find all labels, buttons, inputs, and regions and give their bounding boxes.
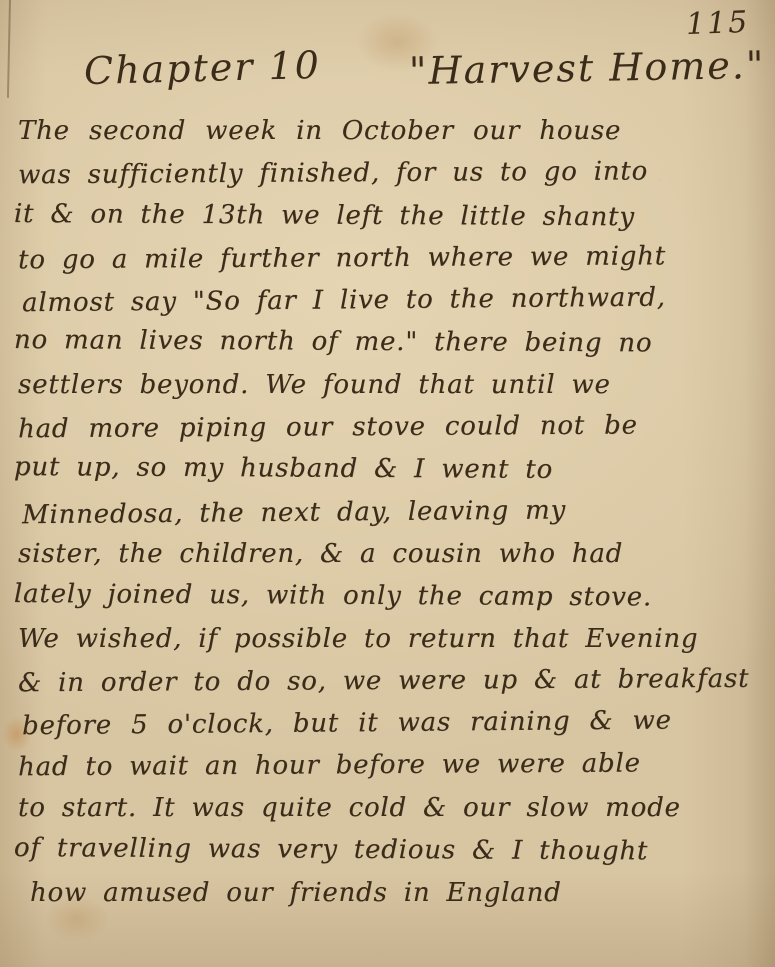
manuscript-line: had more piping our stove could not be	[0, 398, 775, 445]
manuscript-line: settlers beyond. We found that until we	[0, 358, 775, 400]
manuscript-line: it & on the 13th we left the little shan…	[0, 187, 775, 233]
chapter-label: Chapter 10	[83, 43, 321, 93]
manuscript-line: to start. It was quite cold & our slow m…	[0, 781, 775, 823]
chapter-title: "Harvest Home."	[409, 43, 766, 93]
manuscript-line: We wished, if possible to return that Ev…	[0, 612, 775, 654]
manuscript-line: was sufficiently finished, for us to go …	[0, 144, 775, 191]
manuscript-line: sister, the children, & a cousin who had	[0, 527, 775, 569]
manuscript-line: had to wait an hour before we were able	[0, 736, 775, 783]
manuscript-line: almost say "So far I live to the northwa…	[0, 270, 775, 319]
manuscript-line: no man lives north of me." there being n…	[0, 313, 775, 359]
page-number: 115	[685, 5, 749, 42]
manuscript-page: 115 Chapter 10 "Harvest Home." The secon…	[0, 0, 775, 967]
manuscript-line: to go a mile further north where we migh…	[0, 229, 775, 276]
manuscript-line: & in order to do so, we were up & at bre…	[0, 651, 775, 698]
manuscript-line: before 5 o'clock, but it was raining & w…	[0, 693, 775, 742]
manuscript-line: of travelling was very tedious & I thoug…	[0, 821, 775, 867]
chapter-heading: Chapter 10 "Harvest Home."	[0, 46, 775, 90]
manuscript-body: The second week in October our house was…	[0, 104, 775, 908]
manuscript-line: Minnedosa, the next day, leaving my	[0, 481, 775, 530]
manuscript-line: lately joined us, with only the camp sto…	[0, 567, 775, 613]
manuscript-line: The second week in October our house	[0, 104, 775, 146]
manuscript-line: put up, so my husband & I went to	[0, 440, 775, 486]
manuscript-line: how amused our friends in England	[0, 865, 775, 907]
